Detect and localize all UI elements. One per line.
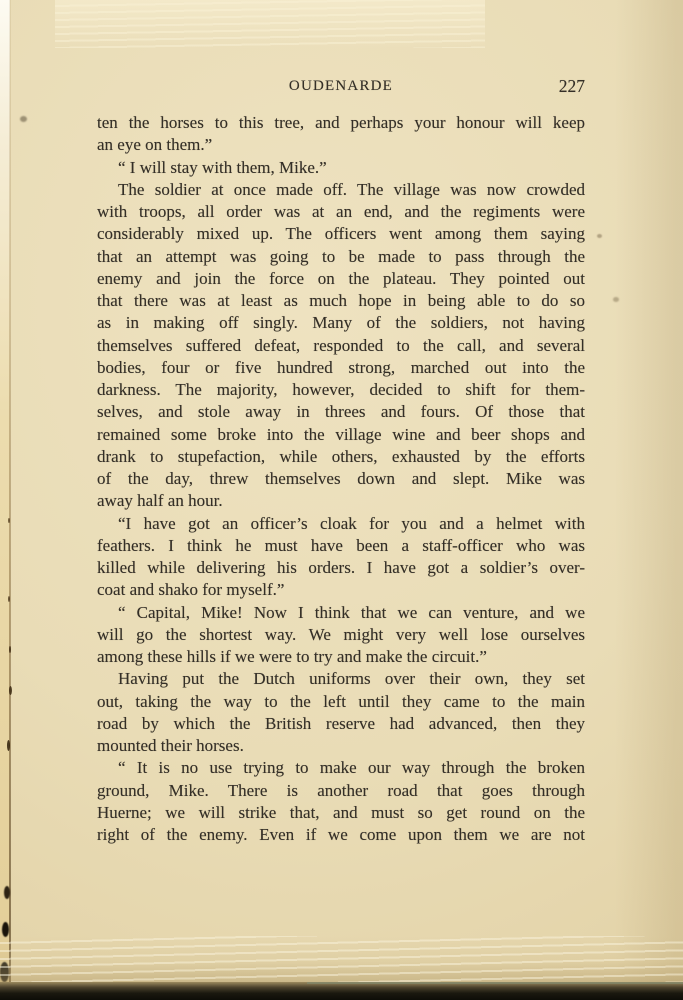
crease-speck	[8, 596, 10, 602]
text-line: as in making off singly. Many of the sol…	[97, 312, 585, 334]
text-line: themselves suffered defeat, responded to…	[97, 335, 585, 357]
text-line: that an attempt was going to be made to …	[97, 246, 585, 268]
bottom-page-edges	[0, 936, 683, 983]
crease-speck	[4, 886, 10, 899]
text-line: will go the shortest way. We might very …	[97, 624, 585, 646]
text-line: out, taking the way to the left until th…	[97, 691, 585, 713]
crease-speck	[2, 922, 9, 937]
text-line: bodies, four or five hundred strong, mar…	[97, 357, 585, 379]
text-line: “ Capital, Mike! Now I think that we can…	[97, 602, 585, 624]
page-text: ten the horses to this tree, and perhaps…	[97, 112, 585, 846]
text-line: ten the horses to this tree, and perhaps…	[97, 112, 585, 134]
text-line: “ It is no use trying to make our way th…	[97, 757, 585, 779]
ink-speck	[613, 297, 619, 302]
text-line: Having put the Dutch uniforms over their…	[97, 668, 585, 690]
text-line: right of the enemy. Even if we come upon…	[97, 824, 585, 846]
text-line: darkness. The majority, however, decided…	[97, 379, 585, 401]
text-line: coat and shako for myself.”	[97, 579, 585, 601]
text-line: killed while delivering his orders. I ha…	[97, 557, 585, 579]
book-page: OUDENARDE 227 ten the horses to this tre…	[0, 0, 683, 1000]
page-number: 227	[559, 76, 585, 97]
text-line: road by which the British reserve had ad…	[97, 713, 585, 735]
crease-speck	[9, 686, 12, 695]
text-line: “I have got an officer’s cloak for you a…	[97, 513, 585, 535]
text-line: drank to stupefaction, while others, exh…	[97, 446, 585, 468]
text-line: ground, Mike. There is another road that…	[97, 780, 585, 802]
text-line: with troops, all order was at an end, an…	[97, 201, 585, 223]
page-content: OUDENARDE 227 ten the horses to this tre…	[97, 78, 585, 846]
text-line: feathers. I think he must have been a st…	[97, 535, 585, 557]
text-line: Huerne; we will strike that, and must so…	[97, 802, 585, 824]
text-line: away half an hour.	[97, 490, 585, 512]
ink-speck	[597, 234, 602, 238]
text-line: that there was at least as much hope in …	[97, 290, 585, 312]
bottom-dark-band	[0, 982, 683, 1000]
ink-speck	[20, 116, 27, 122]
text-line: an eye on them.”	[97, 134, 585, 156]
crease-speck	[7, 740, 10, 751]
crease-speck	[8, 518, 10, 523]
text-line: selves, and stole away in threes and fou…	[97, 401, 585, 423]
text-line: among these hills if we were to try and …	[97, 646, 585, 668]
running-header-title: OUDENARDE	[97, 78, 585, 95]
text-line: mounted their horses.	[97, 735, 585, 757]
text-line: considerably mixed up. The officers went…	[97, 223, 585, 245]
text-line: of the day, threw themselves down and sl…	[97, 468, 585, 490]
running-head: OUDENARDE 227	[97, 78, 585, 97]
text-line: “ I will stay with them, Mike.”	[97, 157, 585, 179]
text-line: enemy and join the force on the plateau.…	[97, 268, 585, 290]
text-line: The soldier at once made off. The villag…	[97, 179, 585, 201]
text-line: remained some broke into the village win…	[97, 424, 585, 446]
crease-speck	[9, 646, 11, 653]
binding-crease	[9, 0, 11, 1000]
